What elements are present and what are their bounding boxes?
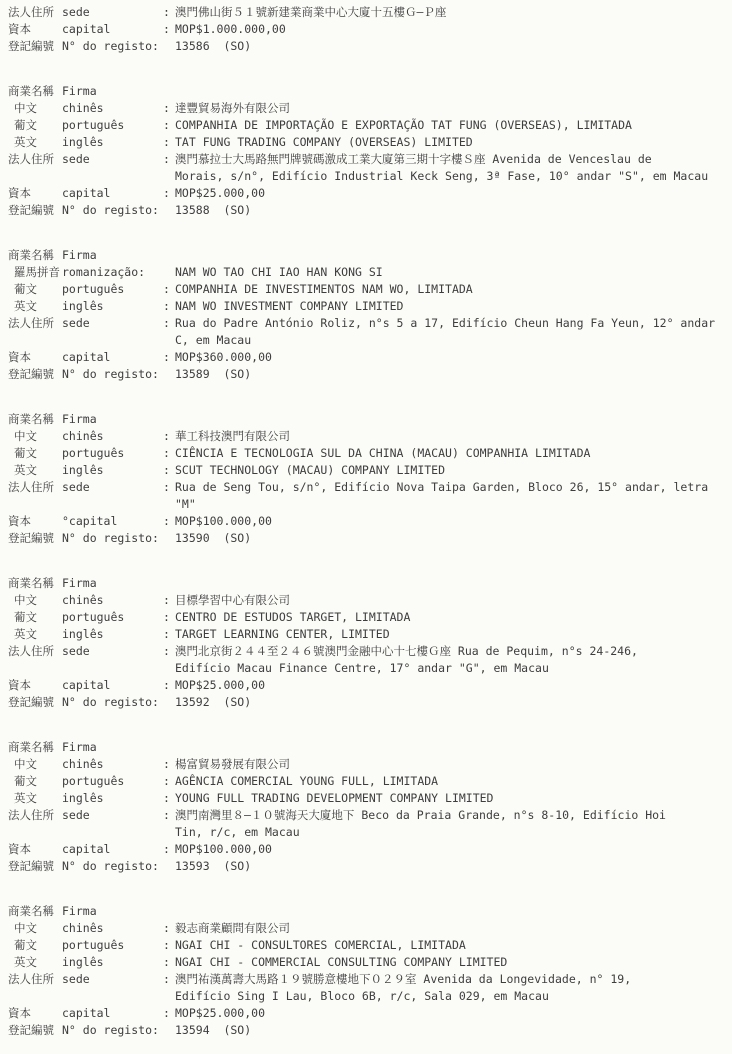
field-value-line: 華工科技澳門有限公司 bbox=[175, 428, 728, 445]
field-row: 登記編號N° do registo:13594 (SO) bbox=[8, 1022, 728, 1039]
field-label-zh: 登記編號 bbox=[8, 366, 62, 383]
field-value-line: CENTRO DE ESTUDOS TARGET, LIMITADA bbox=[175, 609, 728, 626]
field-value: 13588 (SO) bbox=[175, 202, 728, 219]
colon-separator: : bbox=[163, 462, 175, 479]
field-value-line: MOP$25.000,00 bbox=[175, 185, 728, 202]
field-row: 登記編號N° do registo:13589 (SO) bbox=[8, 366, 728, 383]
field-row: 法人住所sede:澳門祐漢萬壽大馬路１９號勝意樓地下０２９室 Avenida d… bbox=[8, 971, 728, 1005]
field-label-zh: 英文 bbox=[8, 462, 62, 479]
field-label-pt: Firma bbox=[62, 739, 163, 756]
field-label-pt: sede bbox=[62, 971, 163, 988]
field-value: 澳門佛山街５１號新建業商業中心大廈十五樓Ｇ—Ｐ座 bbox=[175, 4, 728, 21]
colon-separator: : bbox=[163, 298, 175, 315]
field-value-line: MOP$25.000,00 bbox=[175, 677, 728, 694]
field-label-zh: 登記編號 bbox=[8, 1022, 62, 1039]
field-label-pt: português bbox=[62, 773, 163, 790]
field-row: 英文inglês:NAM WO INVESTMENT COMPANY LIMIT… bbox=[8, 298, 728, 315]
field-label-pt: chinês bbox=[62, 428, 163, 445]
field-value: COMPANHIA DE INVESTIMENTOS NAM WO, LIMIT… bbox=[175, 281, 728, 298]
field-label-zh: 法人住所 bbox=[8, 971, 62, 988]
field-row: 中文chinês:達豐貿易海外有限公司 bbox=[8, 100, 728, 117]
field-value: COMPANHIA DE IMPORTAÇÃO E EXPORTAÇÃO TAT… bbox=[175, 117, 728, 134]
field-label-zh: 登記編號 bbox=[8, 858, 62, 875]
field-label-pt: português bbox=[62, 281, 163, 298]
field-label-pt: Firma bbox=[62, 247, 163, 264]
field-label-pt: °capital bbox=[62, 513, 163, 530]
field-label-pt: N° do registo: bbox=[62, 366, 175, 383]
field-label-zh: 法人住所 bbox=[8, 315, 62, 332]
document-page: 法人住所sede:澳門佛山街５１號新建業商業中心大廈十五樓Ｇ—Ｐ座資本capit… bbox=[0, 0, 732, 1039]
colon-separator: : bbox=[163, 479, 175, 496]
field-row: 葡文português:COMPANHIA DE IMPORTAÇÃO E EX… bbox=[8, 117, 728, 134]
field-value-line: NGAI CHI - COMMERCIAL CONSULTING COMPANY… bbox=[175, 954, 728, 971]
field-row: 法人住所sede:澳門南灣里８—１０號海天大廈地下 Beco da Praia … bbox=[8, 807, 728, 841]
field-value-line: 澳門北京街２４４至２４６號澳門金融中心十七樓Ｇ座 Rua de Pequim, … bbox=[175, 643, 728, 660]
field-label-pt: português bbox=[62, 117, 163, 134]
field-label-pt: inglês bbox=[62, 134, 163, 151]
field-label-zh: 葡文 bbox=[8, 117, 62, 134]
field-value: MOP$1.000.000,00 bbox=[175, 21, 728, 38]
field-value: 13586 (SO) bbox=[175, 38, 728, 55]
field-label-pt: capital bbox=[62, 185, 163, 202]
field-value-line: 目標學習中心有限公司 bbox=[175, 592, 728, 609]
field-row: 葡文português:COMPANHIA DE INVESTIMENTOS N… bbox=[8, 281, 728, 298]
field-label-pt: inglês bbox=[62, 790, 163, 807]
field-row: 英文inglês:SCUT TECHNOLOGY (MACAU) COMPANY… bbox=[8, 462, 728, 479]
field-value: 毅志商業顧問有限公司 bbox=[175, 920, 728, 937]
field-value-line: 13594 (SO) bbox=[175, 1022, 728, 1039]
field-label-zh: 羅馬拼音 bbox=[8, 264, 62, 281]
field-row: 中文chinês:楊富貿易發展有限公司 bbox=[8, 756, 728, 773]
field-value-line: AGÊNCIA COMERCIAL YOUNG FULL, LIMITADA bbox=[175, 773, 728, 790]
field-label-zh: 登記編號 bbox=[8, 530, 62, 547]
field-label-zh: 資本 bbox=[8, 513, 62, 530]
field-label-zh: 中文 bbox=[8, 100, 62, 117]
field-value-line: MOP$100.000,00 bbox=[175, 841, 728, 858]
field-value: 澳門北京街２４４至２４６號澳門金融中心十七樓Ｇ座 Rua de Pequim, … bbox=[175, 643, 728, 677]
field-row: 葡文português:CENTRO DE ESTUDOS TARGET, LI… bbox=[8, 609, 728, 626]
field-value-line: TARGET LEARNING CENTER, LIMITED bbox=[175, 626, 728, 643]
field-label-pt: sede bbox=[62, 315, 163, 332]
field-row: 中文chinês:目標學習中心有限公司 bbox=[8, 592, 728, 609]
field-value-line: NAM WO TAO CHI IAO HAN KONG SI bbox=[175, 264, 728, 281]
colon-separator: : bbox=[163, 151, 175, 168]
field-value: Rua de Seng Tou, s/n°, Edifício Nova Tai… bbox=[175, 479, 728, 513]
field-label-zh: 法人住所 bbox=[8, 479, 62, 496]
field-row: 登記編號N° do registo:13586 (SO) bbox=[8, 38, 728, 55]
field-label-zh: 登記編號 bbox=[8, 202, 62, 219]
field-label-pt: capital bbox=[62, 21, 163, 38]
field-value: MOP$100.000,00 bbox=[175, 841, 728, 858]
colon-separator: : bbox=[163, 626, 175, 643]
field-label-zh: 英文 bbox=[8, 954, 62, 971]
colon-separator: : bbox=[163, 281, 175, 298]
colon-separator: : bbox=[163, 841, 175, 858]
field-value: 13590 (SO) bbox=[175, 530, 728, 547]
colon-separator: : bbox=[163, 807, 175, 824]
field-value-line: 13589 (SO) bbox=[175, 366, 728, 383]
field-row: 法人住所sede:澳門慕拉士大馬路無門牌號碼激成工業大廈第三期十字樓Ｓ座 Ave… bbox=[8, 151, 728, 185]
field-row: 法人住所sede:Rua de Seng Tou, s/n°, Edifício… bbox=[8, 479, 728, 513]
field-label-pt: Firma bbox=[62, 575, 163, 592]
field-value-line: TAT FUNG TRADING COMPANY (OVERSEAS) LIMI… bbox=[175, 134, 728, 151]
colon-separator: : bbox=[163, 4, 175, 21]
field-row: 法人住所sede:Rua do Padre António Roliz, n°s… bbox=[8, 315, 728, 349]
registry-entry: 商業名稱Firma中文chinês:華工科技澳門有限公司葡文português:… bbox=[8, 411, 728, 547]
colon-separator: : bbox=[163, 592, 175, 609]
field-row: 資本°capital:MOP$100.000,00 bbox=[8, 513, 728, 530]
field-row: 英文inglês:TAT FUNG TRADING COMPANY (OVERS… bbox=[8, 134, 728, 151]
field-value: CENTRO DE ESTUDOS TARGET, LIMITADA bbox=[175, 609, 728, 626]
field-value: 達豐貿易海外有限公司 bbox=[175, 100, 728, 117]
field-label-pt: N° do registo: bbox=[62, 202, 175, 219]
field-label-zh: 葡文 bbox=[8, 773, 62, 790]
field-row: 登記編號N° do registo:13590 (SO) bbox=[8, 530, 728, 547]
colon-separator: : bbox=[163, 513, 175, 530]
field-row: 法人住所sede:澳門佛山街５１號新建業商業中心大廈十五樓Ｇ—Ｐ座 bbox=[8, 4, 728, 21]
field-label-zh: 資本 bbox=[8, 185, 62, 202]
field-row: 羅馬拼音romanização:NAM WO TAO CHI IAO HAN K… bbox=[8, 264, 728, 281]
field-value-line: NAM WO INVESTMENT COMPANY LIMITED bbox=[175, 298, 728, 315]
field-label-pt: capital bbox=[62, 349, 163, 366]
field-row: 資本capital:MOP$1.000.000,00 bbox=[8, 21, 728, 38]
field-label-pt: inglês bbox=[62, 954, 163, 971]
field-label-pt: N° do registo: bbox=[62, 858, 175, 875]
field-value: NGAI CHI - COMMERCIAL CONSULTING COMPANY… bbox=[175, 954, 728, 971]
field-label-zh: 法人住所 bbox=[8, 643, 62, 660]
field-value: Rua do Padre António Roliz, n°s 5 a 17, … bbox=[175, 315, 728, 349]
field-label-pt: chinês bbox=[62, 756, 163, 773]
field-value-line: Edifício Macau Finance Centre, 17° andar… bbox=[175, 660, 728, 677]
field-value-line: 澳門佛山街５１號新建業商業中心大廈十五樓Ｇ—Ｐ座 bbox=[175, 4, 728, 21]
field-row: 商業名稱Firma bbox=[8, 83, 728, 100]
field-value-line: YOUNG FULL TRADING DEVELOPMENT COMPANY L… bbox=[175, 790, 728, 807]
field-label-pt: romanização: bbox=[62, 264, 175, 281]
field-row: 中文chinês:毅志商業顧問有限公司 bbox=[8, 920, 728, 937]
field-label-zh: 商業名稱 bbox=[8, 411, 62, 428]
field-label-zh: 英文 bbox=[8, 134, 62, 151]
field-label-zh: 資本 bbox=[8, 1005, 62, 1022]
colon-separator: : bbox=[163, 790, 175, 807]
field-value: YOUNG FULL TRADING DEVELOPMENT COMPANY L… bbox=[175, 790, 728, 807]
field-label-pt: sede bbox=[62, 807, 163, 824]
field-value-line: Rua de Seng Tou, s/n°, Edifício Nova Tai… bbox=[175, 479, 728, 496]
field-row: 英文inglês:NGAI CHI - COMMERCIAL CONSULTIN… bbox=[8, 954, 728, 971]
field-value: TAT FUNG TRADING COMPANY (OVERSEAS) LIMI… bbox=[175, 134, 728, 151]
field-label-pt: capital bbox=[62, 841, 163, 858]
field-value-line: Rua do Padre António Roliz, n°s 5 a 17, … bbox=[175, 315, 728, 332]
field-value-line: MOP$25.000,00 bbox=[175, 1005, 728, 1022]
field-label-pt: chinês bbox=[62, 920, 163, 937]
field-value-line: NGAI CHI - CONSULTORES COMERCIAL, LIMITA… bbox=[175, 937, 728, 954]
colon-separator: : bbox=[163, 315, 175, 332]
field-value: AGÊNCIA COMERCIAL YOUNG FULL, LIMITADA bbox=[175, 773, 728, 790]
field-value: 目標學習中心有限公司 bbox=[175, 592, 728, 609]
registry-entry: 商業名稱Firma羅馬拼音romanização:NAM WO TAO CHI … bbox=[8, 247, 728, 383]
field-label-zh: 商業名稱 bbox=[8, 575, 62, 592]
field-value: MOP$360.000,00 bbox=[175, 349, 728, 366]
field-value: MOP$25.000,00 bbox=[175, 185, 728, 202]
colon-separator: : bbox=[163, 445, 175, 462]
field-row: 資本capital:MOP$25.000,00 bbox=[8, 185, 728, 202]
field-value: MOP$100.000,00 bbox=[175, 513, 728, 530]
field-label-zh: 法人住所 bbox=[8, 807, 62, 824]
field-label-zh: 中文 bbox=[8, 920, 62, 937]
field-label-zh: 葡文 bbox=[8, 937, 62, 954]
field-label-zh: 法人住所 bbox=[8, 4, 62, 21]
field-label-pt: N° do registo: bbox=[62, 530, 175, 547]
field-value: CIÊNCIA E TECNOLOGIA SUL DA CHINA (MACAU… bbox=[175, 445, 728, 462]
field-value: SCUT TECHNOLOGY (MACAU) COMPANY LIMITED bbox=[175, 462, 728, 479]
field-row: 葡文português:CIÊNCIA E TECNOLOGIA SUL DA … bbox=[8, 445, 728, 462]
field-value: 13593 (SO) bbox=[175, 858, 728, 875]
field-row: 資本capital:MOP$25.000,00 bbox=[8, 677, 728, 694]
field-row: 英文inglês:TARGET LEARNING CENTER, LIMITED bbox=[8, 626, 728, 643]
field-label-pt: capital bbox=[62, 677, 163, 694]
field-label-zh: 登記編號 bbox=[8, 38, 62, 55]
field-label-zh: 商業名稱 bbox=[8, 247, 62, 264]
field-value: TARGET LEARNING CENTER, LIMITED bbox=[175, 626, 728, 643]
field-value-line: 13586 (SO) bbox=[175, 38, 728, 55]
field-row: 商業名稱Firma bbox=[8, 411, 728, 428]
field-value: 澳門祐漢萬壽大馬路１９號勝意樓地下０２９室 Avenida da Longevi… bbox=[175, 971, 728, 1005]
field-value-line: Edifício Sing I Lau, Bloco 6B, r/c, Sala… bbox=[175, 988, 728, 1005]
field-label-pt: chinês bbox=[62, 100, 163, 117]
field-value: NAM WO INVESTMENT COMPANY LIMITED bbox=[175, 298, 728, 315]
field-label-pt: capital bbox=[62, 1005, 163, 1022]
field-value: 楊富貿易發展有限公司 bbox=[175, 756, 728, 773]
field-value-line: 楊富貿易發展有限公司 bbox=[175, 756, 728, 773]
colon-separator: : bbox=[163, 756, 175, 773]
colon-separator: : bbox=[163, 971, 175, 988]
field-row: 資本capital:MOP$360.000,00 bbox=[8, 349, 728, 366]
field-value: 華工科技澳門有限公司 bbox=[175, 428, 728, 445]
field-label-zh: 葡文 bbox=[8, 609, 62, 626]
field-row: 登記編號N° do registo:13592 (SO) bbox=[8, 694, 728, 711]
field-label-zh: 商業名稱 bbox=[8, 903, 62, 920]
field-label-pt: inglês bbox=[62, 626, 163, 643]
field-value-line: 澳門慕拉士大馬路無門牌號碼激成工業大廈第三期十字樓Ｓ座 Avenida de V… bbox=[175, 151, 728, 168]
field-label-pt: N° do registo: bbox=[62, 694, 175, 711]
registry-entry: 商業名稱Firma中文chinês:毅志商業顧問有限公司葡文português:… bbox=[8, 903, 728, 1039]
colon-separator: : bbox=[163, 134, 175, 151]
field-label-zh: 商業名稱 bbox=[8, 739, 62, 756]
field-value-line: 毅志商業顧問有限公司 bbox=[175, 920, 728, 937]
colon-separator: : bbox=[163, 428, 175, 445]
field-label-zh: 資本 bbox=[8, 677, 62, 694]
field-value-line: CIÊNCIA E TECNOLOGIA SUL DA CHINA (MACAU… bbox=[175, 445, 728, 462]
colon-separator: : bbox=[163, 117, 175, 134]
registry-entry: 商業名稱Firma中文chinês:目標學習中心有限公司葡文português:… bbox=[8, 575, 728, 711]
field-row: 葡文português:AGÊNCIA COMERCIAL YOUNG FULL… bbox=[8, 773, 728, 790]
field-value-line: 澳門南灣里８—１０號海天大廈地下 Beco da Praia Grande, n… bbox=[175, 807, 728, 824]
field-label-pt: português bbox=[62, 937, 163, 954]
field-row: 商業名稱Firma bbox=[8, 575, 728, 592]
field-value-line: MOP$100.000,00 bbox=[175, 513, 728, 530]
field-row: 資本capital:MOP$25.000,00 bbox=[8, 1005, 728, 1022]
field-value-line: Tin, r/c, em Macau bbox=[175, 824, 728, 841]
colon-separator: : bbox=[163, 920, 175, 937]
field-label-zh: 中文 bbox=[8, 592, 62, 609]
field-row: 登記編號N° do registo:13588 (SO) bbox=[8, 202, 728, 219]
field-row: 商業名稱Firma bbox=[8, 739, 728, 756]
field-label-zh: 資本 bbox=[8, 841, 62, 858]
field-value-line: 13593 (SO) bbox=[175, 858, 728, 875]
field-row: 葡文português:NGAI CHI - CONSULTORES COMER… bbox=[8, 937, 728, 954]
field-label-zh: 英文 bbox=[8, 626, 62, 643]
field-label-pt: N° do registo: bbox=[62, 38, 175, 55]
field-label-zh: 葡文 bbox=[8, 281, 62, 298]
field-value-line: 13592 (SO) bbox=[175, 694, 728, 711]
field-value-line: COMPANHIA DE IMPORTAÇÃO E EXPORTAÇÃO TAT… bbox=[175, 117, 728, 134]
colon-separator: : bbox=[163, 21, 175, 38]
field-value-line: 達豐貿易海外有限公司 bbox=[175, 100, 728, 117]
field-label-pt: sede bbox=[62, 479, 163, 496]
field-label-pt: Firma bbox=[62, 411, 163, 428]
colon-separator: : bbox=[163, 643, 175, 660]
field-label-pt: Firma bbox=[62, 83, 163, 100]
field-row: 中文chinês:華工科技澳門有限公司 bbox=[8, 428, 728, 445]
field-label-pt: inglês bbox=[62, 462, 163, 479]
field-value: 13592 (SO) bbox=[175, 694, 728, 711]
field-row: 資本capital:MOP$100.000,00 bbox=[8, 841, 728, 858]
field-label-zh: 資本 bbox=[8, 21, 62, 38]
field-value-line: COMPANHIA DE INVESTIMENTOS NAM WO, LIMIT… bbox=[175, 281, 728, 298]
field-value: 13594 (SO) bbox=[175, 1022, 728, 1039]
field-label-pt: chinês bbox=[62, 592, 163, 609]
field-label-zh: 登記編號 bbox=[8, 694, 62, 711]
field-value: MOP$25.000,00 bbox=[175, 677, 728, 694]
colon-separator: : bbox=[163, 677, 175, 694]
field-value: 澳門慕拉士大馬路無門牌號碼激成工業大廈第三期十字樓Ｓ座 Avenida de V… bbox=[175, 151, 728, 185]
field-value: 13589 (SO) bbox=[175, 366, 728, 383]
field-row: 商業名稱Firma bbox=[8, 247, 728, 264]
colon-separator: : bbox=[163, 100, 175, 117]
colon-separator: : bbox=[163, 185, 175, 202]
field-label-zh: 葡文 bbox=[8, 445, 62, 462]
colon-separator: : bbox=[163, 609, 175, 626]
colon-separator: : bbox=[163, 937, 175, 954]
field-value-line: 澳門祐漢萬壽大馬路１９號勝意樓地下０２９室 Avenida da Longevi… bbox=[175, 971, 728, 988]
registry-entry: 商業名稱Firma中文chinês:達豐貿易海外有限公司葡文português:… bbox=[8, 83, 728, 219]
field-label-zh: 中文 bbox=[8, 756, 62, 773]
colon-separator: : bbox=[163, 773, 175, 790]
field-label-pt: sede bbox=[62, 4, 163, 21]
field-value-line: MOP$360.000,00 bbox=[175, 349, 728, 366]
field-value-line: SCUT TECHNOLOGY (MACAU) COMPANY LIMITED bbox=[175, 462, 728, 479]
field-label-zh: 英文 bbox=[8, 298, 62, 315]
field-label-zh: 英文 bbox=[8, 790, 62, 807]
field-value-line: "M" bbox=[175, 496, 728, 513]
field-value-line: Morais, s/n°, Edifício Industrial Keck S… bbox=[175, 168, 728, 185]
colon-separator: : bbox=[163, 349, 175, 366]
field-label-pt: português bbox=[62, 445, 163, 462]
field-label-pt: sede bbox=[62, 643, 163, 660]
field-value: MOP$25.000,00 bbox=[175, 1005, 728, 1022]
field-value: NGAI CHI - CONSULTORES COMERCIAL, LIMITA… bbox=[175, 937, 728, 954]
field-label-pt: N° do registo: bbox=[62, 1022, 175, 1039]
field-label-zh: 中文 bbox=[8, 428, 62, 445]
field-label-zh: 商業名稱 bbox=[8, 83, 62, 100]
field-row: 商業名稱Firma bbox=[8, 903, 728, 920]
field-value-line: MOP$1.000.000,00 bbox=[175, 21, 728, 38]
field-row: 法人住所sede:澳門北京街２４４至２４６號澳門金融中心十七樓Ｇ座 Rua de… bbox=[8, 643, 728, 677]
field-label-zh: 資本 bbox=[8, 349, 62, 366]
registry-entry-partial: 法人住所sede:澳門佛山街５１號新建業商業中心大廈十五樓Ｇ—Ｐ座資本capit… bbox=[8, 4, 728, 55]
field-value-line: 13590 (SO) bbox=[175, 530, 728, 547]
field-value: NAM WO TAO CHI IAO HAN KONG SI bbox=[175, 264, 728, 281]
field-label-pt: português bbox=[62, 609, 163, 626]
field-label-zh: 法人住所 bbox=[8, 151, 62, 168]
field-label-pt: sede bbox=[62, 151, 163, 168]
field-value-line: 13588 (SO) bbox=[175, 202, 728, 219]
field-row: 登記編號N° do registo:13593 (SO) bbox=[8, 858, 728, 875]
field-label-pt: Firma bbox=[62, 903, 163, 920]
colon-separator: : bbox=[163, 954, 175, 971]
field-row: 英文inglês:YOUNG FULL TRADING DEVELOPMENT … bbox=[8, 790, 728, 807]
field-value: 澳門南灣里８—１０號海天大廈地下 Beco da Praia Grande, n… bbox=[175, 807, 728, 841]
field-value-line: C, em Macau bbox=[175, 332, 728, 349]
registry-entry: 商業名稱Firma中文chinês:楊富貿易發展有限公司葡文português:… bbox=[8, 739, 728, 875]
field-label-pt: inglês bbox=[62, 298, 163, 315]
colon-separator: : bbox=[163, 1005, 175, 1022]
